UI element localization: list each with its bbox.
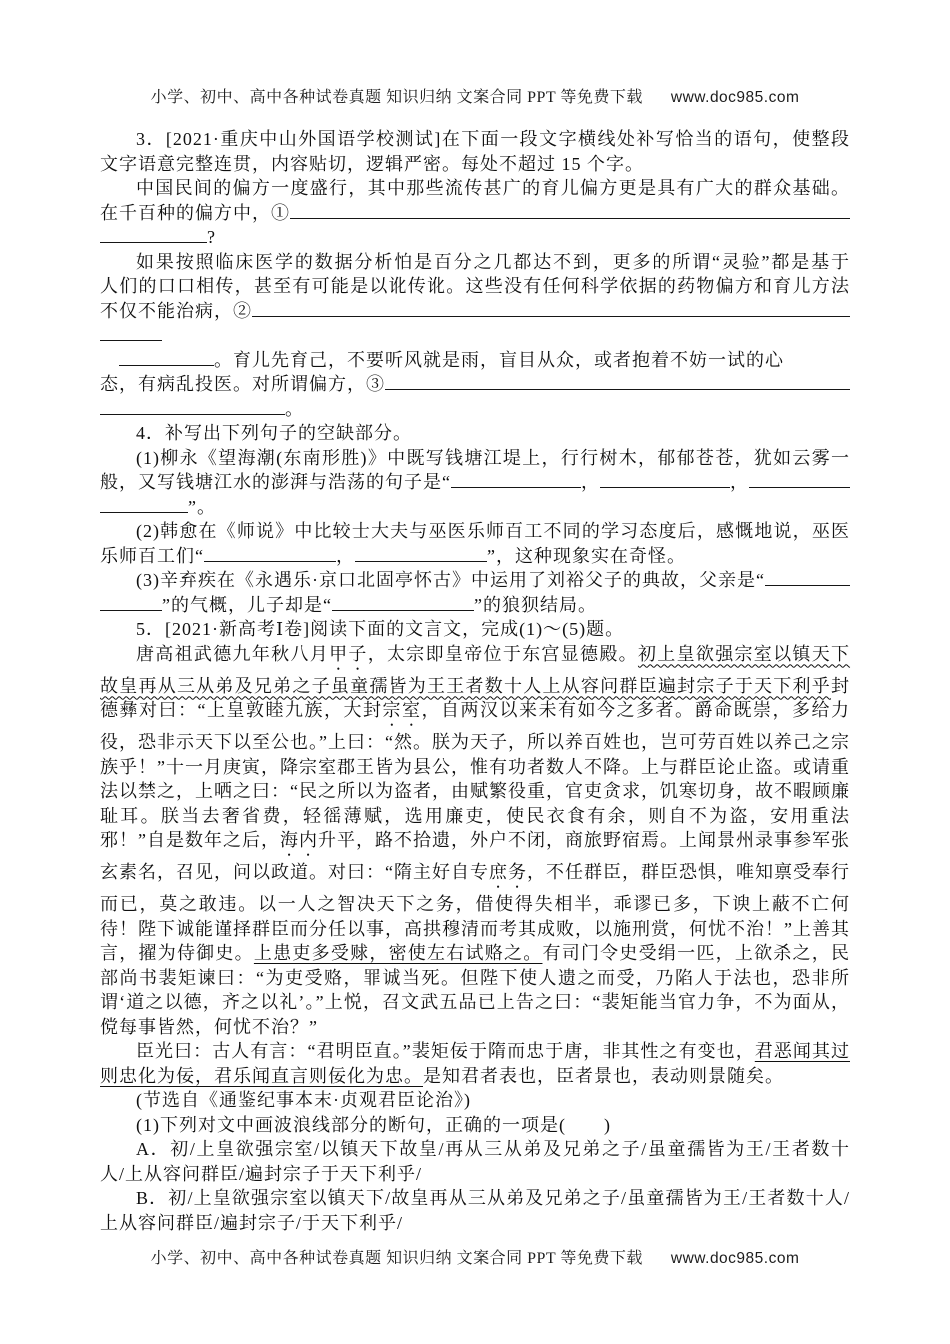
q4-2-blanks: 乐师百工们“，”，这种现象实在奇怪。 xyxy=(100,544,850,569)
q3-text-2: 如果按照临床医学的数据分析怕是百分之几都达不到，更多的所谓“灵验”都是基于 xyxy=(100,250,850,275)
text-run: ， xyxy=(336,544,355,569)
document-body: 3．[2021·重庆中山外国语学校测试]在下面一段文字横线处补写恰当的语句，使整… xyxy=(100,127,850,1235)
answer-blank-line xyxy=(290,217,850,219)
text-run: 5．[2021·新高考Ⅰ卷]阅读下面的文言文，完成(1)～(5)题。 xyxy=(136,619,624,639)
answer-blank-line xyxy=(252,315,850,317)
text-run: ”。 xyxy=(188,495,216,520)
emphasis-dot-text: 宗室 xyxy=(383,700,422,720)
answer-blank-line xyxy=(119,364,214,366)
solid-underline-text: 上患吏多受赇，密使左右试赂之。 xyxy=(254,943,543,963)
text-run: 3．[2021·重庆中山外国语学校测试]在下面一段文字横线处补写恰当的语句，使整… xyxy=(100,129,850,174)
text-run: 不仅不能治病，② xyxy=(100,299,252,324)
text-run: ? xyxy=(207,225,216,250)
answer-blank-line xyxy=(100,339,162,341)
q4-1-text: (1)柳永《望海潮(东南形胜)》中既写钱塘江堤上，行行树木，郁郁苍苍，犹如云雾一 xyxy=(100,446,850,471)
emphasis-dot-text: 海内 xyxy=(280,830,318,850)
q5-intro: 5．[2021·新高考Ⅰ卷]阅读下面的文言文，完成(1)～(5)题。 xyxy=(100,617,850,642)
text-run: (1)柳永《望海潮(东南形胜)》中既写钱塘江堤上，行行树木，郁郁苍苍，犹如云雾一 xyxy=(136,448,850,468)
text-run: 唐高祖武德九年秋八月 xyxy=(136,644,329,664)
answer-blank-line xyxy=(451,486,581,488)
text-run: 。 xyxy=(285,397,304,422)
text-run: ”，这种现象实在奇怪。 xyxy=(487,544,686,569)
text-run: A．初/上皇欲强宗室/以镇天下故皇/再从三从弟及兄弟之子/虽童孺皆为王/王者数十… xyxy=(100,1139,850,1184)
q3-blank-3-tail: 。 xyxy=(100,397,850,422)
text-run: 。育儿先育己，不要听风就是雨，盲目从众，或者抱着不妨一试的心 xyxy=(214,348,784,373)
q3-blank-1-tail: ? xyxy=(100,225,850,250)
page-header: 小学、初中、高中各种试卷真题 知识归纳 文案合同 PPT 等免费下载www.do… xyxy=(0,84,950,107)
q4-2-text: (2)韩愈在《师说》中比较士大夫与巫医乐师百工不同的学习态度后，感慨地说，巫医 xyxy=(100,519,850,544)
q3-text-1: 中国民间的偏方一度盛行，其中那些流传甚广的育儿偏方更是具有广大的群众基础。 xyxy=(100,176,850,201)
q4-intro: 4．补写出下列句子的空缺部分。 xyxy=(100,421,850,446)
page-footer: 小学、初中、高中各种试卷真题 知识归纳 文案合同 PPT 等免费下载www.do… xyxy=(0,1245,950,1268)
q3-blank-3-line: 态，有病乱投医。对所谓偏方，③ xyxy=(100,372,850,397)
q3-blank-2-end: 。育儿先育己，不要听风就是雨，盲目从众，或者抱着不妨一试的心 xyxy=(100,348,850,373)
text-run: (1)下列对文中画波浪线部分的断句，正确的一项是( ) xyxy=(136,1115,611,1135)
text-run xyxy=(100,348,119,373)
q4-1-blanks: 般，又写钱塘江水的澎湃与浩荡的句子是“，， xyxy=(100,470,850,495)
text-run: ”的狼狈结局。 xyxy=(474,593,597,618)
q5-passage-para-2: 臣光曰：古人有言：“君明臣直。”裴矩佞于隋而忠于唐，非其性之有变也，君恶闻其过则… xyxy=(100,1039,850,1088)
text-run: ”的气概，儿子却是“ xyxy=(162,593,332,618)
q3-intro: 3．[2021·重庆中山外国语学校测试]在下面一段文字横线处补写恰当的语句，使整… xyxy=(100,127,850,176)
text-run: ，自两汉以来未有如今之多者。爵命既崇，多给力役，恐非示天下以至公也。”上曰：“然… xyxy=(100,700,850,850)
emphasis-dot-text: 庶务 xyxy=(489,862,527,882)
answer-blank-line xyxy=(204,560,336,562)
q3-text-3: 人们的口口相传，甚至有可能是以讹传讹。这些没有任何科学依据的药物偏方和育儿方法 xyxy=(100,274,850,299)
q3-blank-1-line: 在千百种的偏方中，① xyxy=(100,201,850,226)
exam-page: { "header": { "promo": "小学、初中、高中各种试卷真题 知… xyxy=(0,0,950,1344)
text-run: ， xyxy=(730,470,749,495)
text-run: 如果按照临床医学的数据分析怕是百分之几都达不到，更多的所谓“灵验”都是基于 xyxy=(136,252,850,272)
emphasis-dot-text: 甲子 xyxy=(329,644,368,664)
q5-sub1-stem: (1)下列对文中画波浪线部分的断句，正确的一项是( ) xyxy=(100,1113,850,1138)
q3-blank-2-line: 不仅不能治病，② xyxy=(100,299,850,324)
text-run: 4．补写出下列句子的空缺部分。 xyxy=(136,423,412,443)
answer-blank-line xyxy=(765,584,850,586)
text-run: B．初/上皇欲强宗室以镇天下/故皇再从三从弟及兄弟之子/虽童孺皆为王/王者数十人… xyxy=(100,1188,850,1233)
header-promo-text: 小学、初中、高中各种试卷真题 知识归纳 文案合同 PPT 等免费下载 xyxy=(151,89,643,106)
answer-blank-line xyxy=(100,413,285,415)
text-run: 乐师百工们“ xyxy=(100,544,204,569)
footer-promo-text: 小学、初中、高中各种试卷真题 知识归纳 文案合同 PPT 等免费下载 xyxy=(151,1250,643,1267)
text-run: ，太宗即皇帝位于东宫显德殿。 xyxy=(368,644,638,664)
text-run: ， xyxy=(581,470,600,495)
q5-passage-para-1: 唐高祖武德九年秋八月甲子，太宗即皇帝位于东宫显德殿。初上皇欲强宗室以镇天下故皇再… xyxy=(100,642,850,1040)
q5-passage-source: (节选自《通鉴纪事本末·贞观君臣论治》) xyxy=(100,1088,850,1113)
text-run: (2)韩愈在《师说》中比较士大夫与巫医乐师百工不同的学习态度后，感慨地说，巫医 xyxy=(136,521,850,541)
text-run: 人们的口口相传，甚至有可能是以讹传讹。这些没有任何科学依据的药物偏方和育儿方法 xyxy=(100,276,850,296)
text-run: 般，又写钱塘江水的澎湃与浩荡的句子是“ xyxy=(100,470,451,495)
footer-site-link[interactable]: www.doc985.com xyxy=(671,1250,799,1267)
q4-3-text: (3)辛弃疾在《永遇乐·京口北固亭怀古》中运用了刘裕父子的典故，父亲是“ xyxy=(100,568,850,593)
q5-sub1-option-b: B．初/上皇欲强宗室以镇天下/故皇再从三从弟及兄弟之子/虽童孺皆为王/王者数十人… xyxy=(100,1186,850,1235)
answer-blank-line xyxy=(355,560,487,562)
q4-1-blanks-tail: ”。 xyxy=(100,495,850,520)
answer-blank-line xyxy=(100,609,162,611)
answer-blank-line xyxy=(385,388,850,390)
text-run: 是知君者表也，臣者景也，表动则景随矣。 xyxy=(423,1066,784,1086)
text-run: 中国民间的偏方一度盛行，其中那些流传甚广的育儿偏方更是具有广大的群众基础。 xyxy=(136,178,850,198)
text-run: (节选自《通鉴纪事本末·贞观君臣论治》) xyxy=(136,1090,471,1110)
answer-blank-line xyxy=(600,486,730,488)
q4-3-blanks: ”的气概，儿子却是“”的狼狈结局。 xyxy=(100,593,850,618)
header-site-link[interactable]: www.doc985.com xyxy=(671,89,799,106)
answer-blank-line xyxy=(332,609,474,611)
text-run: (3)辛弃疾在《永遇乐·京口北固亭怀古》中运用了刘裕父子的典故，父亲是“ xyxy=(136,568,765,593)
text-run: 在千百种的偏方中，① xyxy=(100,201,290,226)
answer-blank-line xyxy=(100,511,188,513)
q5-sub1-option-a: A．初/上皇欲强宗室/以镇天下故皇/再从三从弟及兄弟之子/虽童孺皆为王/王者数十… xyxy=(100,1137,850,1186)
answer-blank-line xyxy=(749,486,850,488)
answer-blank-line xyxy=(100,241,207,243)
text-run: 态，有病乱投医。对所谓偏方，③ xyxy=(100,372,385,397)
q3-blank-2-tail: ​ xyxy=(100,323,850,348)
text-run: 臣光曰：古人有言：“君明臣直。”裴矩佞于隋而忠于唐，非其性之有变也， xyxy=(136,1041,755,1061)
